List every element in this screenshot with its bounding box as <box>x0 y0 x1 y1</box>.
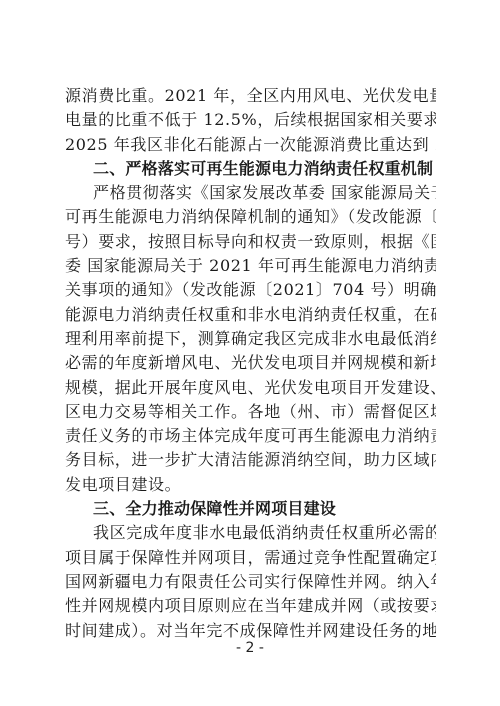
paragraph-line: 号）要求，按照目标导向和权责一致原则，根据《国家发展改革 <box>65 230 436 254</box>
paragraph-line: 可再生能源电力消纳保障机制的通知》（发改能源〔2019〕807 <box>65 205 436 229</box>
document-body: 源消费比重。2021 年，全区内用风电、光伏发电量占全社会用 电量的比重不低于 … <box>65 84 436 643</box>
paragraph-line: 理利用率前提下，测算确定我区完成非水电最低消纳责任权重所 <box>65 327 436 351</box>
paragraph-line: 项目属于保障性并网项目，需通过竞争性配置确定项目业主，由 <box>65 546 436 570</box>
paragraph-line: 性并网规模内项目原则应在当年建成并网（或按要求的计划投产 <box>65 594 436 618</box>
paragraph-line: 我区完成年度非水电最低消纳责任权重所必需的新增并网 <box>65 521 436 545</box>
paragraph-line: 关事项的通知》（发改能源〔2021〕704 号）明确的新疆可再生 <box>65 278 436 302</box>
document-page: 源消费比重。2021 年，全区内用风电、光伏发电量占全社会用 电量的比重不低于 … <box>0 0 500 706</box>
paragraph-line: 责任义务的市场主体完成年度可再生能源电力消纳责任权重任 <box>65 424 436 448</box>
paragraph-line: 区电力交易等相关工作。各地（州、市）需督促区域内承担消纳 <box>65 400 436 424</box>
paragraph-line: 2025 年我区非化石能源占一次能源消费比重达到 20%左右。 <box>65 133 436 157</box>
paragraph-line: 发电项目建设。 <box>65 473 436 497</box>
section-heading-2: 二、严格落实可再生能源电力消纳责任权重机制 <box>65 157 436 181</box>
paragraph-line: 源消费比重。2021 年，全区内用风电、光伏发电量占全社会用 <box>65 84 436 108</box>
paragraph-line: 国网新疆电力有限责任公司实行保障性并网。纳入年度新增保障 <box>65 570 436 594</box>
paragraph-line: 能源电力消纳责任权重和非水电消纳责任权重，在确保新能源合 <box>65 303 436 327</box>
paragraph-line: 严格贯彻落实《国家发展改革委 国家能源局关于建立健全 <box>65 181 436 205</box>
paragraph-line: 规模，据此开展年度风电、光伏发电项目开发建设、储备和跨省 <box>65 376 436 400</box>
paragraph-line: 务目标，进一步扩大清洁能源消纳空间，助力区域内风电、光伏 <box>65 448 436 472</box>
paragraph-line: 必需的年度新增风电、光伏发电项目并网规模和新增核准（备案） <box>65 351 436 375</box>
paragraph-line: 电量的比重不低于 12.5%，后续根据国家相关要求逐年提高，到 <box>65 108 436 132</box>
page-number: - 2 - <box>0 640 500 656</box>
section-heading-3: 三、全力推动保障性并网项目建设 <box>65 497 436 521</box>
paragraph-line: 委 国家能源局关于 2021 年可再生能源电力消纳责任权重及有 <box>65 254 436 278</box>
